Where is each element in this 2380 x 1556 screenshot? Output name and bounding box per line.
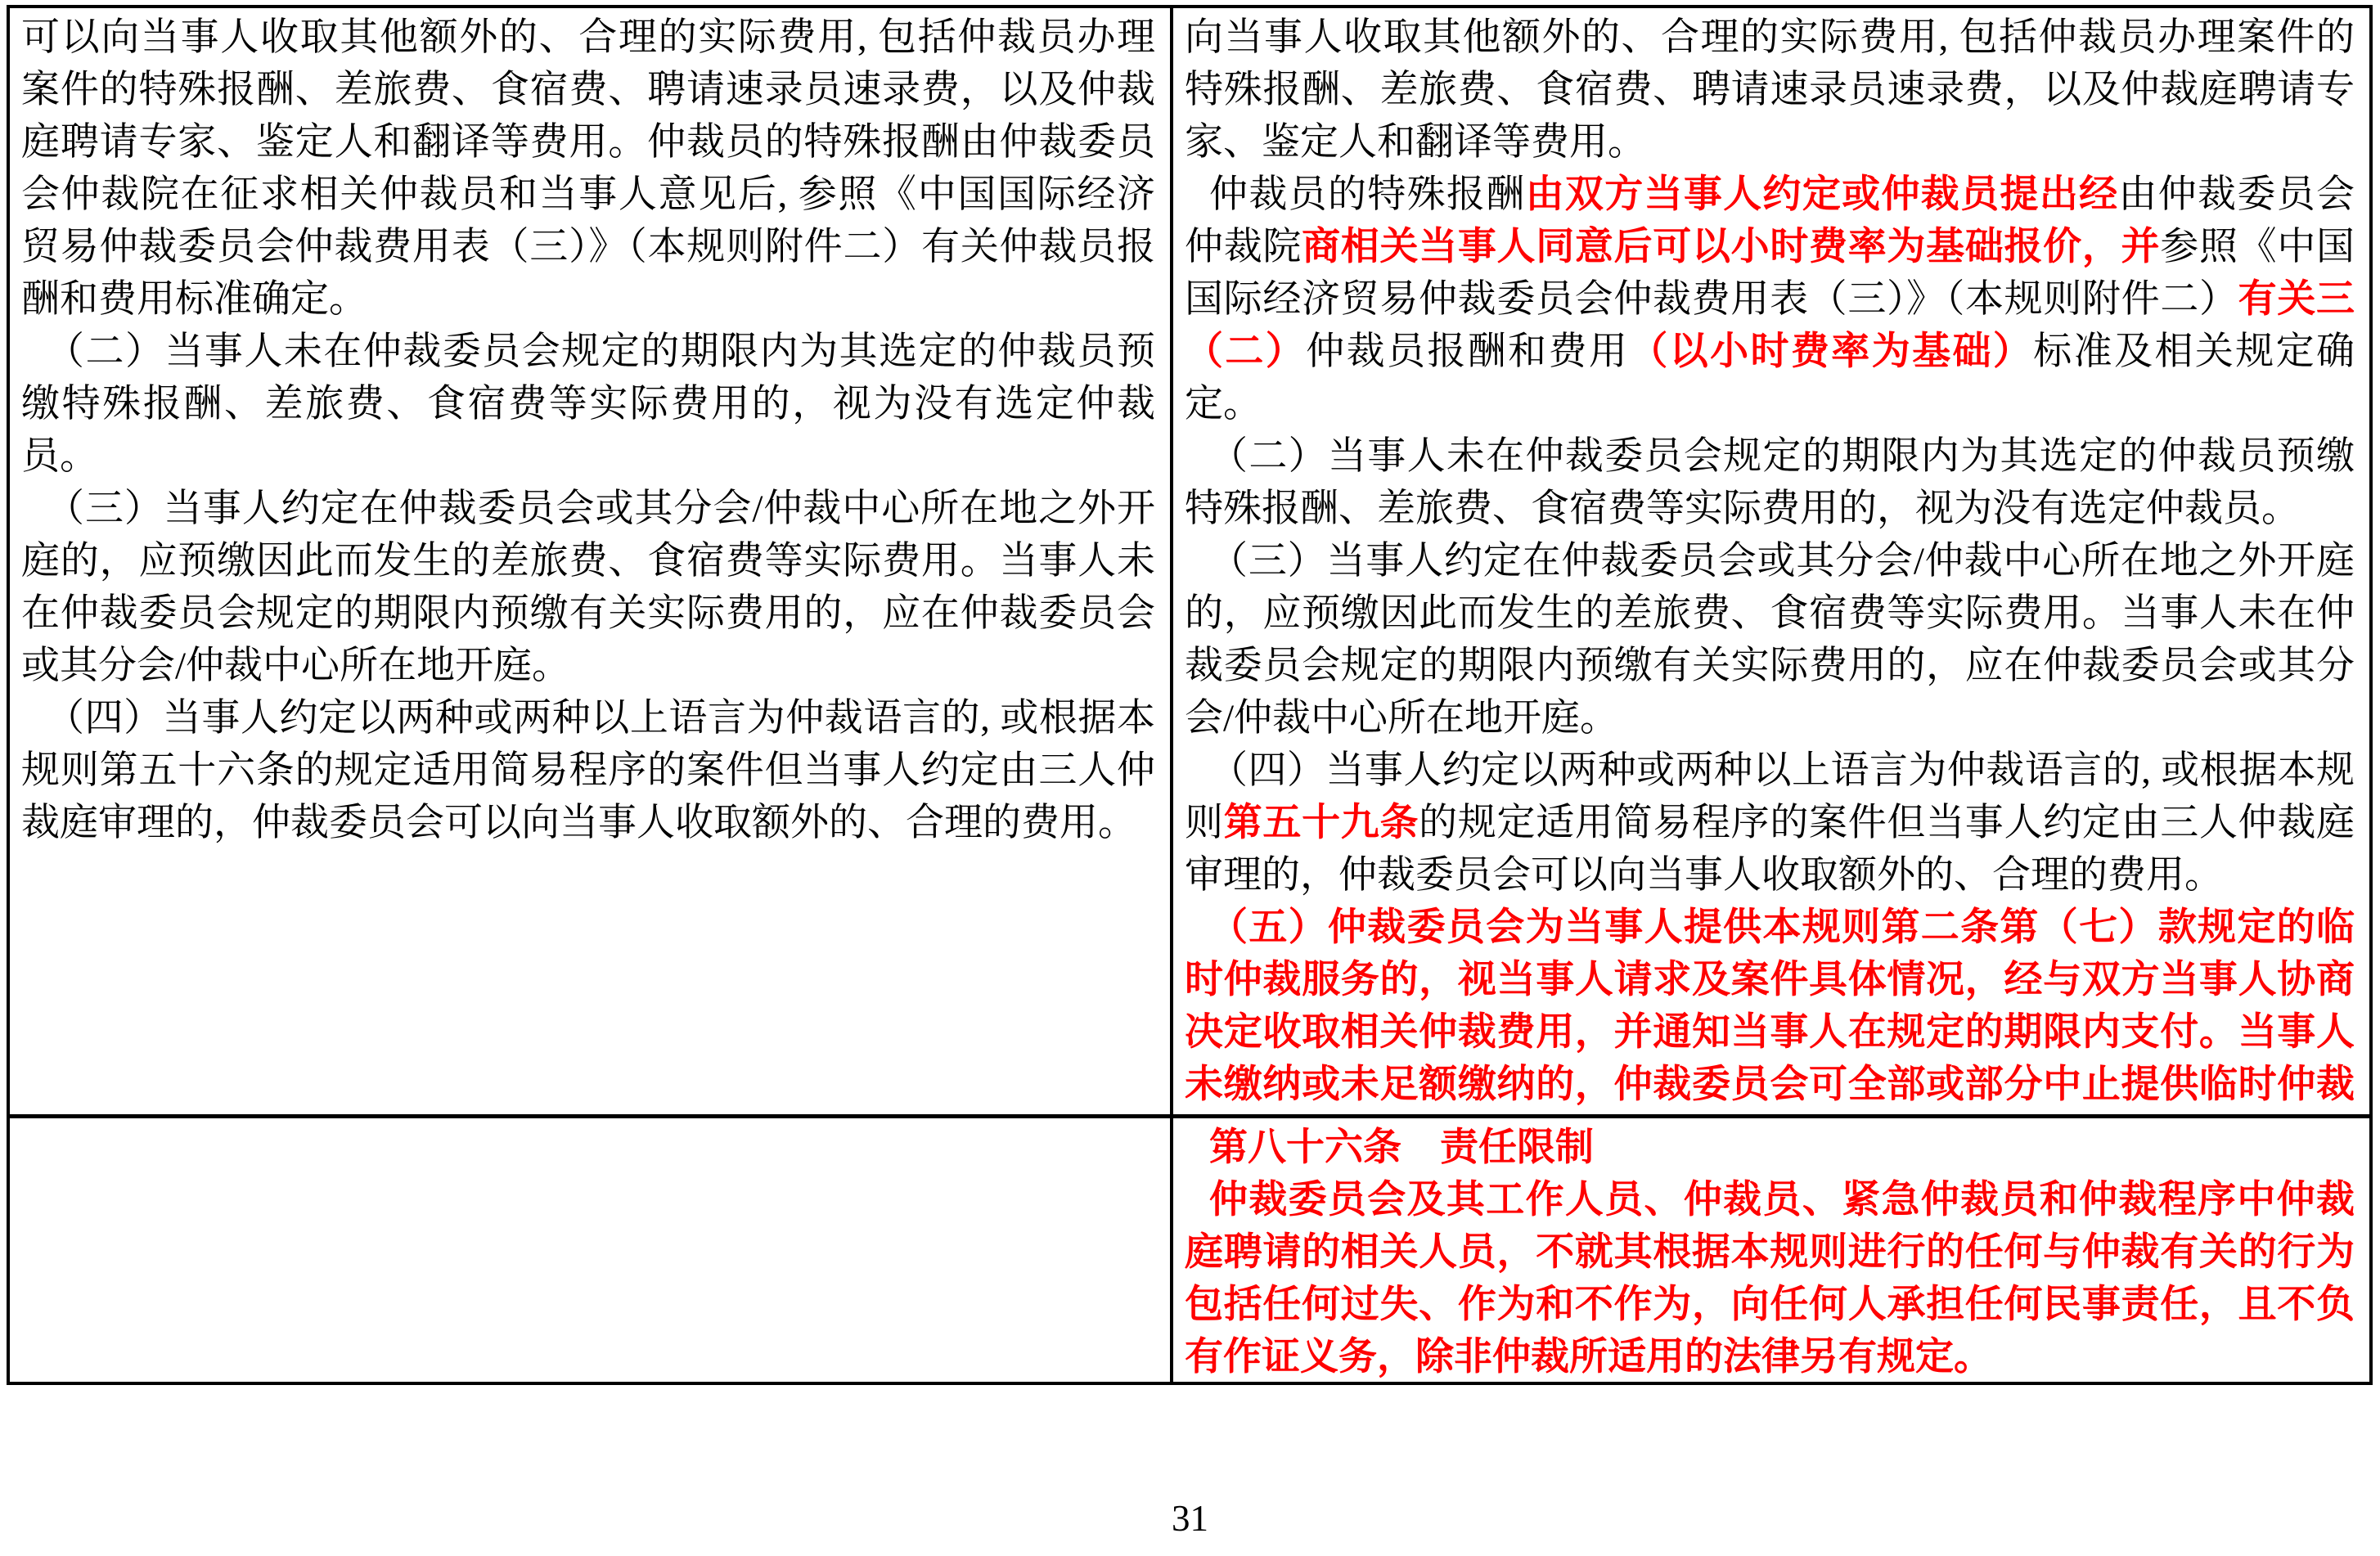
text-segment: （二）当事人未在仲裁委员会规定的期限内为其选定的仲裁员预缴特殊报酬、差旅费、食宿… (21, 331, 1155, 478)
revised-text-segment: 商相关当事人同意后可以小时费率为基础报价，并 (1302, 226, 2160, 268)
text-segment: （四）当事人约定以两种或两种以上语言为仲裁语言的, 或根据本规则第五十六条的规定… (21, 697, 1155, 844)
new-version-cell: 向当事人收取其他额外的、合理的实际费用, 包括仲裁员办理案件的特殊报酬、差旅费、… (1173, 8, 2369, 1114)
revised-text-segment: 第五十九条 (1224, 802, 1419, 844)
paragraph: 向当事人收取其他额外的、合理的实际费用, 包括仲裁员办理案件的特殊报酬、差旅费、… (1185, 11, 2355, 169)
paragraph: （二）当事人未在仲裁委员会规定的期限内为其选定的仲裁员预缴特殊报酬、差旅费、食宿… (21, 326, 1155, 483)
text-segment: 仲裁员的特殊报酬 (1209, 173, 1526, 216)
text-segment: （三）当事人约定在仲裁委员会或其分会/仲裁中心所在地之外开庭的，应预缴因此而发生… (21, 488, 1155, 687)
revised-text-segment: （以小时费率为基础） (1629, 331, 2033, 373)
comparison-table: 可以向当事人收取其他额外的、合理的实际费用, 包括仲裁员办理案件的特殊报酬、差旅… (7, 5, 2373, 1385)
paragraph: （四）当事人约定以两种或两种以上语言为仲裁语言的, 或根据本规则第五十六条的规定… (21, 692, 1155, 849)
paragraph: （二）当事人未在仲裁委员会规定的期限内为其选定的仲裁员预缴特殊报酬、差旅费、食宿… (1185, 430, 2355, 535)
paragraph: （三）当事人约定在仲裁委员会或其分会/仲裁中心所在地之外开庭的，应预缴因此而发生… (21, 483, 1155, 692)
revised-text-segment: 由双方当事人约定或仲裁员提出经 (1526, 173, 2119, 216)
paragraph: 可以向当事人收取其他额外的、合理的实际费用, 包括仲裁员办理案件的特殊报酬、差旅… (21, 11, 1155, 326)
revised-text-segment: 第八十六条 责任限制 (1209, 1127, 1594, 1169)
old-version-empty-cell (10, 1118, 1173, 1382)
revised-text-segment: 仲裁委员会及其工作人员、仲裁员、紧急仲裁员和仲裁程序中仲裁庭聘请的相关人员，不就… (1185, 1179, 2355, 1378)
text-segment: 仲裁员报酬和费用 (1306, 331, 1629, 373)
paragraph: 仲裁委员会及其工作人员、仲裁员、紧急仲裁员和仲裁程序中仲裁庭聘请的相关人员，不就… (1185, 1174, 2355, 1382)
table-row-row-fees: 可以向当事人收取其他额外的、合理的实际费用, 包括仲裁员办理案件的特殊报酬、差旅… (10, 8, 2369, 1114)
paragraph: （五）仲裁委员会为当事人提供本规则第二条第（七）款规定的临时仲裁服务的，视当事人… (1185, 902, 2355, 1114)
page-number: 31 (0, 1495, 2380, 1541)
text-segment: （三）当事人约定在仲裁委员会或其分会/仲裁中心所在地之外开庭的，应预缴因此而发生… (1185, 540, 2355, 740)
paragraph: 仲裁员的特殊报酬由双方当事人约定或仲裁员提出经由仲裁委员会仲裁院商相关当事人同意… (1185, 169, 2355, 430)
table-row-row-liability: 第八十六条 责任限制仲裁委员会及其工作人员、仲裁员、紧急仲裁员和仲裁程序中仲裁庭… (10, 1114, 2369, 1382)
text-segment: 向当事人收取其他额外的、合理的实际费用, 包括仲裁员办理案件的特殊报酬、差旅费、… (1185, 16, 2355, 164)
document-page: 可以向当事人收取其他额外的、合理的实际费用, 包括仲裁员办理案件的特殊报酬、差旅… (0, 0, 2380, 1556)
paragraph: 第八十六条 责任限制 (1185, 1122, 2355, 1174)
paragraph: （三）当事人约定在仲裁委员会或其分会/仲裁中心所在地之外开庭的，应预缴因此而发生… (1185, 535, 2355, 744)
old-version-cell: 可以向当事人收取其他额外的、合理的实际费用, 包括仲裁员办理案件的特殊报酬、差旅… (10, 8, 1173, 1114)
new-version-liability-cell: 第八十六条 责任限制仲裁委员会及其工作人员、仲裁员、紧急仲裁员和仲裁程序中仲裁庭… (1173, 1118, 2369, 1382)
text-segment: （二）当事人未在仲裁委员会规定的期限内为其选定的仲裁员预缴特殊报酬、差旅费、食宿… (1185, 435, 2355, 530)
text-segment: 可以向当事人收取其他额外的、合理的实际费用, 包括仲裁员办理案件的特殊报酬、差旅… (21, 16, 1155, 321)
paragraph: （四）当事人约定以两种或两种以上语言为仲裁语言的, 或根据本规则第五十九条的规定… (1185, 744, 2355, 902)
revised-text-segment: （五）仲裁委员会为当事人提供本规则第二条第（七）款规定的临时仲裁服务的，视当事人… (1185, 906, 2355, 1114)
